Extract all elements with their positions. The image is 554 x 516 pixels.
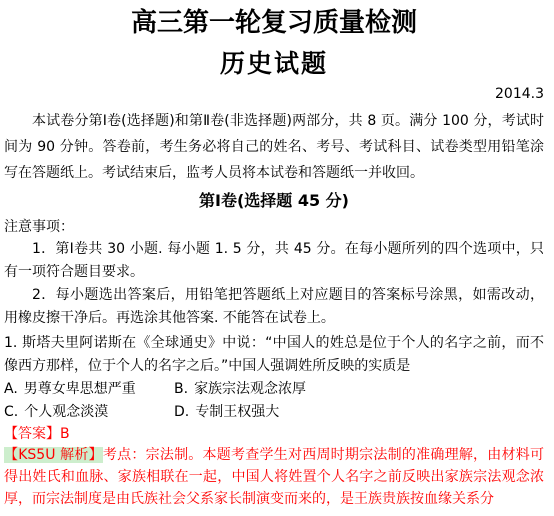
answer-value: B: [60, 426, 70, 442]
page-subtitle: 历史试题: [4, 50, 544, 78]
option-a-text: 男尊女卑思想严重: [24, 381, 136, 397]
option-b: B.家族宗法观念浓厚: [174, 378, 306, 401]
option-c-text: 个人观念淡漠: [24, 404, 108, 420]
note-item-2: 2．每小题选出答案后，用铅笔把答题纸上对应题目的答案标号涂黑，如需改动，用橡皮擦…: [4, 284, 544, 330]
exam-intro-paragraph: 本试卷分第Ⅰ卷(选择题)和第Ⅱ卷(非选择题)两部分，共 8 页。满分 100 分…: [4, 108, 544, 186]
option-a: A.男尊女卑思想严重: [4, 378, 174, 401]
option-d: D.专制王权强大: [174, 401, 279, 424]
options-row-1: A.男尊女卑思想严重 B.家族宗法观念浓厚: [4, 378, 544, 401]
exam-paper: 高三第一轮复习质量检测 历史试题 2014.3 本试卷分第Ⅰ卷(选择题)和第Ⅱ卷…: [0, 0, 554, 516]
notes-label: 注意事项：: [4, 216, 544, 238]
options-row-2: C.个人观念淡漠 D.专制王权强大: [4, 401, 544, 424]
answer-line: 【答案】B: [4, 424, 544, 444]
option-d-label: D.: [174, 404, 189, 420]
option-d-text: 专制王权强大: [195, 404, 279, 420]
section-heading: 第Ⅰ卷(选择题 45 分): [4, 190, 544, 212]
option-a-label: A.: [4, 381, 18, 397]
answer-label: 【答案】: [4, 426, 60, 442]
option-b-text: 家族宗法观念浓厚: [194, 381, 306, 397]
analysis-paragraph: 【KS5U 解析】考点：宗法制。本题考查学生对西周时期宗法制的准确理解，由材料可…: [4, 444, 544, 510]
exam-date: 2014.3: [4, 86, 544, 102]
page-title: 高三第一轮复习质量检测: [4, 8, 544, 38]
note-item-1: 1．第Ⅰ卷共 30 小题. 每小题 1. 5 分，共 45 分。在每小题所列的四…: [4, 238, 544, 284]
option-c-label: C.: [4, 404, 18, 420]
analysis-tag: 【KS5U 解析】: [4, 447, 103, 463]
option-b-label: B.: [174, 381, 188, 397]
question-1-stem: 1. 斯塔夫里阿诺斯在《全球通史》中说：“中国人的姓总是位于个人的名字之前，而不…: [4, 332, 544, 378]
option-c: C.个人观念淡漠: [4, 401, 174, 424]
